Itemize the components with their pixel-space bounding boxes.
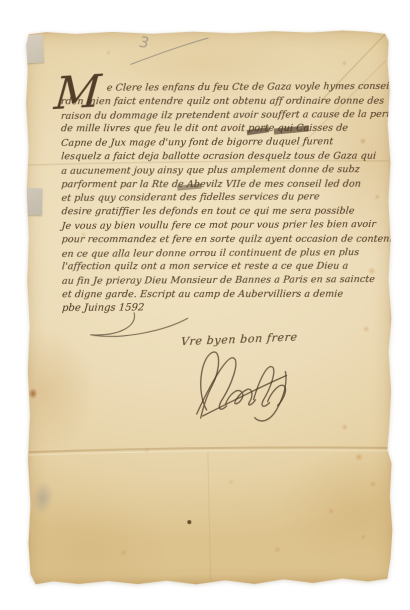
gray-smudge	[30, 480, 55, 516]
manuscript-line: lesquelz a faict deja ballotte ocrasion …	[61, 150, 392, 164]
manuscript-line: et digne garde. Escript au camp de Auber…	[61, 288, 392, 302]
photograph-background: 3 M e Clere les enfans du feu Cte de Gaz…	[0, 0, 410, 610]
manuscript-line: au fin Je prieray Dieu Monsieur de Banne…	[61, 273, 392, 289]
rust-spot	[28, 388, 37, 399]
tape-remnant-top-left	[22, 34, 45, 63]
manuscript-line: Capne de Jux mage d'uny font de bigorre …	[60, 135, 391, 151]
manuscript-line: Je vous ay bien voullu fere ce mot pour …	[61, 218, 392, 234]
ink-dot	[187, 520, 191, 524]
tape-remnant-left	[22, 188, 43, 216]
manuscript-line: desire gratiffier les defonds en tout ce…	[61, 205, 392, 219]
date-flourish	[90, 312, 188, 336]
manuscript-line: rden mien faict entendre quilz ont obten…	[60, 94, 391, 108]
manuscript-body: e Clere les enfans du feu Cte de Gaza vo…	[61, 80, 392, 303]
manuscript-line: l'affection quilz ont a mon service et r…	[61, 260, 392, 274]
pencil-annotation: 3	[137, 33, 151, 52]
manuscript-line: pour recommandez et fere en sorte quilz …	[61, 232, 392, 246]
date-line: pbe Juings 1592	[62, 302, 145, 314]
manuscript-line: e Clere les enfans du feu Cte de Gaza vo…	[60, 80, 391, 96]
manuscript-paper: 3 M e Clere les enfans du feu Cte de Gaz…	[24, 29, 393, 588]
paper-sheet: 3 M e Clere les enfans du feu Cte de Gaz…	[24, 29, 393, 588]
signature-flourish	[192, 343, 313, 428]
manuscript-line: a aucunement jouy ainsy que plus ampleme…	[61, 163, 392, 179]
valediction: Vre byen bon frere	[180, 330, 298, 348]
